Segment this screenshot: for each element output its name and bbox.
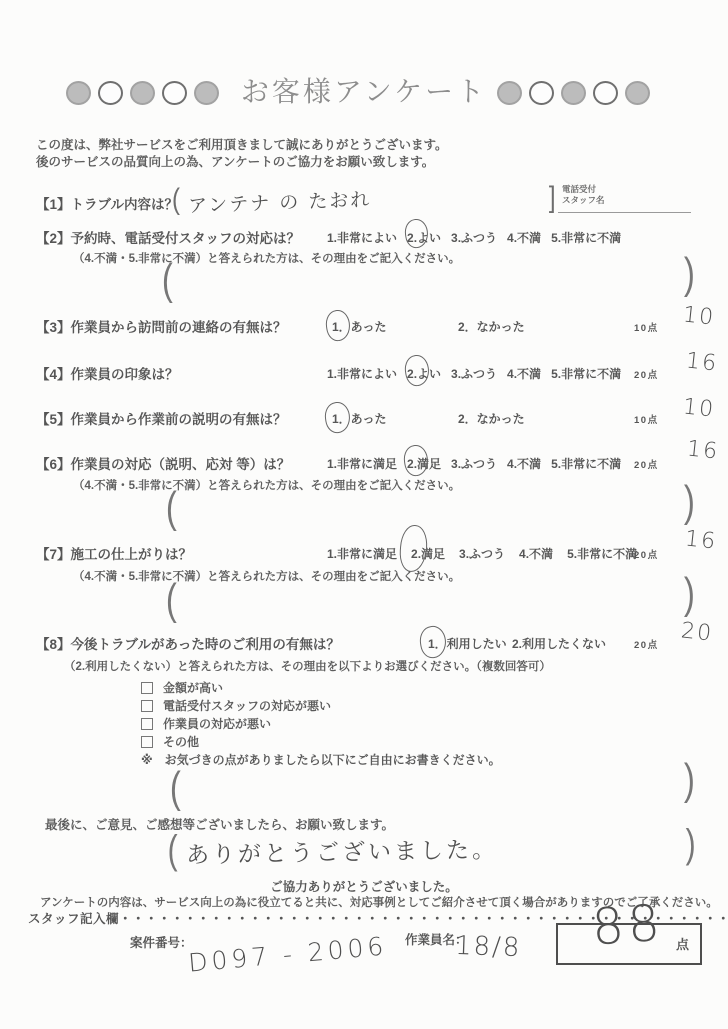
q6-option-3: 3.ふつう (451, 455, 497, 472)
q2-note: （4.不満・5.非常に不満）と答えられた方は、その理由をご記入ください。 (73, 250, 460, 266)
q6-score-handwritten: 16 (686, 436, 720, 464)
q2-reason-bracket-left: ( (162, 258, 173, 302)
q7-option-1: 1.非常に満足 (327, 545, 397, 562)
decor-circles-right (497, 81, 650, 105)
q2-option-4: 4.不満 (507, 229, 541, 246)
q8-selection-circle (418, 624, 448, 659)
q5-selection-circle (323, 400, 352, 434)
q8-checkbox-1-label: 金額が高い (163, 679, 223, 696)
decor-circle-icon (497, 81, 522, 105)
comment-bracket-left: ( (168, 830, 178, 870)
q5-score-handwritten: 10 (682, 394, 716, 422)
q8-score-label: 20点 (634, 637, 659, 651)
q7-note: （4.不満・5.非常に不満）と答えられた方は、その理由をご記入ください。 (73, 568, 460, 584)
q3-score-label: 10点 (634, 320, 659, 334)
q7-reason-bracket-left: ( (166, 578, 177, 622)
q8-checkbox-1 (141, 682, 153, 694)
q8-checkbox-3 (141, 718, 153, 730)
q7-option-3: 3.ふつう (459, 545, 505, 562)
q8-checkbox-2 (141, 700, 153, 712)
decor-circle-icon (529, 81, 554, 105)
survey-scan-page: お客様アンケート この度は、弊社サービスをご利用頂きまして誠にありがとうございま… (0, 0, 728, 1029)
intro-line2: 後のサービスの品質向上の為、アンケートのご協力をお願い致します。 (36, 154, 448, 171)
q6-selection-circle (402, 443, 430, 477)
q6-reason-bracket-left: ( (166, 486, 177, 530)
q2-reason-bracket-right: ) (684, 252, 695, 296)
q4-score-handwritten: 16 (685, 348, 719, 376)
q6-option-5: 5.非常に不満 (551, 455, 621, 472)
total-score-unit: 点 (676, 934, 689, 953)
q8-checkbox-3-label: 作業員の対応が悪い (163, 715, 271, 732)
q2-option-3: 3.ふつう (451, 229, 497, 246)
q7-score-handwritten: 16 (684, 526, 718, 554)
q5-option-2: 2．なかった (458, 410, 525, 427)
q3-selection-circle (324, 308, 352, 342)
q8-checkbox-4-label: その他 (163, 733, 199, 750)
q5-label: 【5】作業員から作業前の説明の有無は？ (36, 408, 287, 428)
q7-label: 【7】施工の仕上がりは？ (36, 543, 192, 563)
q6-options: 1.非常に満足 2.満足 3.ふつう 4.不満 5.非常に不満 (327, 455, 621, 472)
q4-selection-circle (403, 353, 431, 387)
q4-option-1: 1.非常によい (327, 365, 397, 382)
q6-label: 【6】作業員の対応（説明、応対 等）は？ (36, 453, 290, 473)
closing-handwritten-comment: ありがとうございました。 (186, 831, 499, 869)
answer-bracket-left: ( (172, 185, 180, 215)
q1-label: 【1】トラブル内容は？ (36, 193, 178, 213)
q7-reason-bracket-right: ) (684, 572, 695, 616)
q3-option-2: 2．なかった (458, 318, 525, 335)
q6-option-4: 4.不満 (507, 455, 541, 472)
q6-note: （4.不満・5.非常に不満）と答えられた方は、その理由をご記入ください。 (73, 477, 460, 493)
worker-name-handwritten: 18/8 (454, 931, 521, 963)
q2-label: 【2】予約時、電話受付スタッフの対応は？ (36, 227, 300, 247)
staff-name-blank (558, 198, 691, 213)
q6-option-1: 1.非常に満足 (327, 455, 397, 472)
q8-checkbox-2-label: 電話受付スタッフの対応が悪い (163, 697, 331, 714)
q2-options: 1.非常によい 2.よい 3.ふつう 4.不満 5.非常に不満 (327, 229, 621, 246)
q7-selection-circle (398, 524, 428, 573)
staff-entry-label: スタッフ記入欄 (28, 912, 119, 926)
q5-score-label: 10点 (634, 412, 659, 426)
case-number-handwritten: D097 - 2006 (187, 931, 388, 977)
q7-score-label: 20点 (634, 547, 659, 561)
closing-prompt: 最後に、ご意見、ご感想等ございましたら、お願い致します。 (45, 815, 394, 833)
q2-option-1: 1.非常によい (327, 229, 397, 246)
decor-circle-icon (561, 81, 586, 105)
q4-option-5: 5.非常に不満 (551, 365, 621, 382)
closing-thanks: ご協力ありがとうございました。 (0, 877, 728, 895)
q1-handwritten-answer: アンテナ の たおれ (188, 185, 372, 218)
q4-options: 1.非常によい 2.よい 3.ふつう 4.不満 5.非常に不満 (327, 365, 621, 382)
q6-reason-bracket-right: ) (684, 480, 695, 524)
q2-option-5: 5.非常に不満 (551, 229, 621, 246)
q8-label: 【8】今後トラブルがあった時のご利用の有無は？ (36, 633, 340, 653)
q8-free-bracket-right: ) (684, 758, 695, 802)
q6-score-label: 20点 (634, 457, 659, 471)
staff-ref-line1: 電話受付 (562, 184, 605, 195)
q8-checkbox-4 (141, 736, 153, 748)
q7-option-4: 4.不満 (519, 545, 553, 562)
q4-option-4: 4.不満 (507, 365, 541, 382)
intro-line1: この度は、弊社サービスをご利用頂きまして誠にありがとうございます。 (36, 137, 448, 154)
q7-options: 1.非常に満足 2.満足 3.ふつう 4.不満 5.非常に不満 (327, 545, 637, 562)
staff-ref-bracket: ] (549, 183, 556, 213)
q4-label: 【4】作業員の印象は？ (36, 363, 179, 383)
decor-circle-icon (593, 81, 618, 105)
q3-label: 【3】作業員から訪問前の連絡の有無は？ (36, 316, 287, 336)
case-number-label: 案件番号： (130, 933, 193, 951)
q8-free-note: ※ お気づきの点がありましたら以下にご自由にお書きください。 (141, 751, 501, 768)
q4-score-label: 20点 (634, 367, 659, 381)
intro-text: この度は、弊社サービスをご利用頂きまして誠にありがとうございます。 後のサービス… (36, 137, 448, 171)
q8-score-handwritten: 20 (680, 618, 714, 646)
q8-free-bracket-left: ( (170, 766, 181, 810)
comment-bracket-right: ) (686, 824, 696, 864)
q8-option-2: 2.利用したくない (512, 635, 606, 652)
q8-note: （2.利用したくない）と答えられた方は、その理由を以下よりお選びください。（複数… (64, 658, 551, 674)
decor-circle-icon (625, 81, 650, 105)
q3-score-handwritten: 10 (682, 302, 716, 330)
q7-option-5: 5.非常に不満 (567, 545, 637, 562)
total-score-handwritten: 88 (590, 894, 665, 957)
q4-option-3: 3.ふつう (451, 365, 497, 382)
